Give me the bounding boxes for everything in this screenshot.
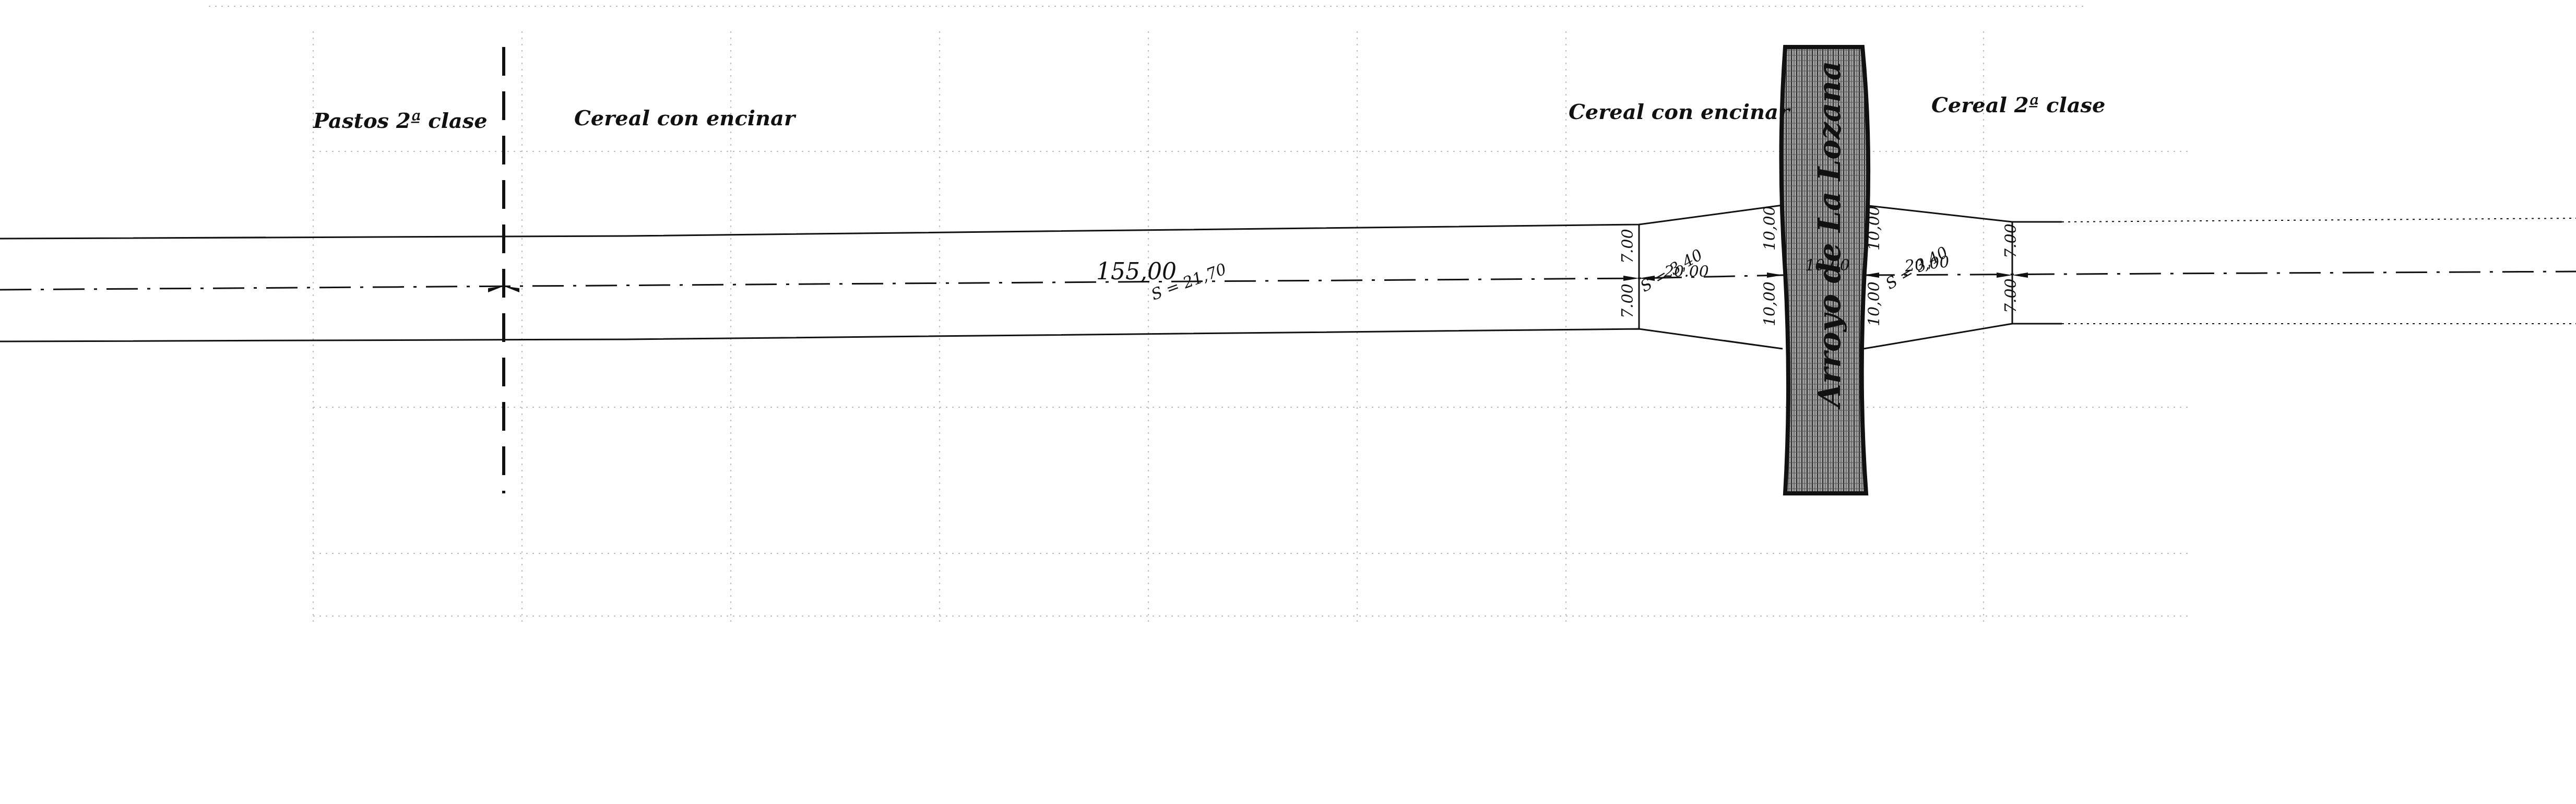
dim-half-width-right-top: 7.00 xyxy=(2002,223,2020,258)
dim-river-crossing: 10,00 xyxy=(1805,256,1850,275)
plan-drawing: Arroyo de La Lozana Pastos 2ª clase Cere… xyxy=(0,0,2576,804)
dim-river-right-top: 10,00 xyxy=(1865,206,1883,251)
road-edge-bottom-right xyxy=(1863,324,2062,349)
road-edges xyxy=(0,205,2576,349)
background-grid xyxy=(209,6,2192,626)
river-label: Arroyo de La Lozana xyxy=(1812,61,1847,410)
zone-label-cereal-2a: Cereal 2ª clase xyxy=(1931,93,2106,117)
zone-label-pastos: Pastos 2ª clase xyxy=(313,109,488,133)
dim-river-left-top: 10,00 xyxy=(1761,206,1779,251)
road-edge-top xyxy=(0,205,1783,239)
zone-label-cereal-encinar-right: Cereal con encinar xyxy=(1569,100,1791,124)
dim-river-left-bottom: 10,00 xyxy=(1761,281,1779,326)
dim-half-width-left-top: 7.00 xyxy=(1619,229,1637,264)
dim-river-right-bottom: 10,00 xyxy=(1865,281,1883,326)
road-edge-bottom xyxy=(0,329,1783,349)
dim-half-width-left-bottom: 7.00 xyxy=(1619,283,1637,318)
road-edge-top-right xyxy=(1863,205,2062,222)
dim-half-width-right-bottom: 7.00 xyxy=(2002,278,2020,313)
centerline xyxy=(0,271,2576,290)
zone-label-cereal-encinar-left: Cereal con encinar xyxy=(574,106,797,131)
